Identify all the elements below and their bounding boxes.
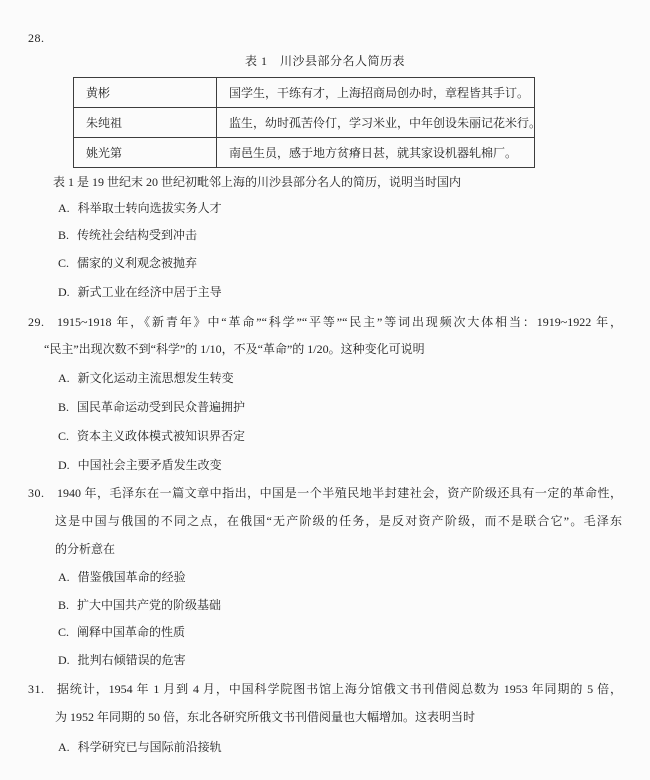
name-cell: 姚光第: [74, 138, 217, 168]
option-29-a: A.新文化运动主流思想发生转变: [58, 368, 234, 388]
option-28-b: B.传统社会结构受到冲击: [58, 225, 197, 245]
option-30-c: C.阐释中国革命的性质: [58, 622, 185, 642]
exam-page: 28. 表 1 川沙县部分名人简历表 黄彬 国学生，干练有才，上海招商局创办时，…: [0, 0, 650, 780]
question-29-stem-line: 1915~1918 年，《新青年》中“革命”“科学”“平等”“民主”等词出现频次…: [57, 312, 622, 332]
option-text: 传统社会结构受到冲击: [77, 228, 197, 242]
option-28-d: D.新式工业在经济中居于主导: [58, 282, 222, 302]
option-label: B.: [58, 595, 69, 615]
option-label: C.: [58, 622, 69, 642]
option-text: 新文化运动主流思想发生转变: [78, 371, 234, 385]
option-label: D.: [58, 282, 70, 302]
name-cell: 朱纯祖: [74, 108, 217, 138]
table-row: 黄彬 国学生，干练有才，上海招商局创办时，章程皆其手订。: [74, 78, 535, 108]
option-text: 中国社会主要矛盾发生改变: [78, 458, 222, 472]
option-label: A.: [58, 368, 70, 388]
question-28-number: 28.: [28, 28, 45, 48]
question-30-stem-line: 的分析意在: [55, 539, 115, 559]
option-30-a: A.借鉴俄国革命的经验: [58, 567, 186, 587]
option-31-a: A.科学研究已与国际前沿接轨: [58, 737, 222, 757]
question-30-stem-line: 1940 年，毛泽东在一篇文章中指出，中国是一个半殖民地半封建社会，资产阶级还具…: [57, 483, 622, 503]
option-text: 科学研究已与国际前沿接轨: [78, 740, 222, 754]
option-30-b: B.扩大中国共产党的阶级基础: [58, 595, 221, 615]
option-text: 科举取士转向选拔实务人才: [78, 201, 222, 215]
table-row: 朱纯祖 监生，幼时孤苦伶仃，学习米业，中年创设朱丽记花米行。: [74, 108, 535, 138]
option-28-a: A.科举取士转向选拔实务人才: [58, 198, 222, 218]
option-text: 儒家的义利观念被抛弃: [77, 256, 197, 270]
option-label: A.: [58, 737, 70, 757]
desc-cell: 国学生，干练有才，上海招商局创办时，章程皆其手订。: [217, 78, 535, 108]
question-29-stem-line: “民主”出现次数不到“科学”的 1/10，不及“革命”的 1/20。这种变化可说…: [44, 339, 425, 359]
option-text: 资本主义政体模式被知识界否定: [77, 429, 245, 443]
resume-table: 黄彬 国学生，干练有才，上海招商局创办时，章程皆其手订。 朱纯祖 监生，幼时孤苦…: [73, 77, 535, 168]
question-31-number: 31.: [28, 679, 45, 699]
option-30-d: D.批判右倾错误的危害: [58, 650, 186, 670]
option-label: D.: [58, 650, 70, 670]
question-29-number: 29.: [28, 312, 45, 332]
option-text: 阐释中国革命的性质: [77, 625, 185, 639]
desc-cell: 监生，幼时孤苦伶仃，学习米业，中年创设朱丽记花米行。: [217, 108, 535, 138]
option-label: C.: [58, 253, 69, 273]
question-31-stem-line: 据统计，1954 年 1 月到 4 月，中国科学院图书馆上海分馆俄文书刊借阅总数…: [57, 679, 622, 699]
question-28-stem: 表 1 是 19 世纪末 20 世纪初毗邻上海的川沙县部分名人的简历，说明当时国…: [53, 172, 461, 192]
name-cell: 黄彬: [74, 78, 217, 108]
option-label: B.: [58, 397, 69, 417]
question-30-stem-line: 这是中国与俄国的不同之点，在俄国“无产阶级的任务，是反对资产阶级，而不是联合它”…: [55, 511, 622, 531]
option-text: 借鉴俄国革命的经验: [78, 570, 186, 584]
option-text: 扩大中国共产党的阶级基础: [77, 598, 221, 612]
option-text: 批判右倾错误的危害: [78, 653, 186, 667]
option-28-c: C.儒家的义利观念被抛弃: [58, 253, 197, 273]
question-31-stem-line: 为 1952 年同期的 50 倍，东北各研究所俄文书刊借阅量也大幅增加。这表明当…: [55, 707, 475, 727]
option-text: 国民革命运动受到民众普遍拥护: [77, 400, 245, 414]
option-29-b: B.国民革命运动受到民众普遍拥护: [58, 397, 245, 417]
table-row: 姚光第 南邑生员，感于地方贫瘠日甚，就其家设机器轧棉厂。: [74, 138, 535, 168]
option-label: A.: [58, 198, 70, 218]
option-label: D.: [58, 455, 70, 475]
option-29-c: C.资本主义政体模式被知识界否定: [58, 426, 245, 446]
option-text: 新式工业在经济中居于主导: [78, 285, 222, 299]
option-label: C.: [58, 426, 69, 446]
desc-cell: 南邑生员，感于地方贫瘠日甚，就其家设机器轧棉厂。: [217, 138, 535, 168]
option-29-d: D.中国社会主要矛盾发生改变: [58, 455, 222, 475]
option-label: B.: [58, 225, 69, 245]
table-title: 表 1 川沙县部分名人简历表: [0, 51, 650, 71]
question-30-number: 30.: [28, 483, 45, 503]
option-label: A.: [58, 567, 70, 587]
